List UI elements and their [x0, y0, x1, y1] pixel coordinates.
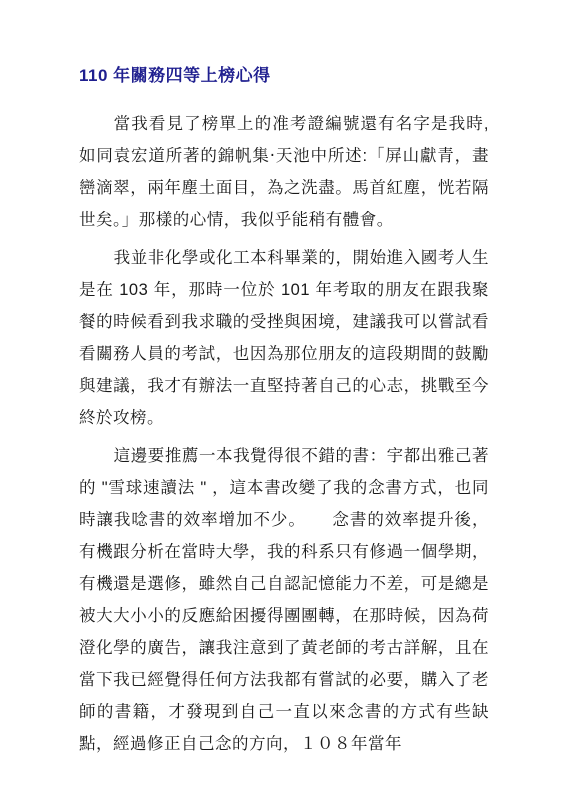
- paragraph-3: 這邊要推薦一本我覺得很不錯的書：宇都出雅己著的 "雪球速讀法 " ，這本書改變了…: [79, 440, 489, 760]
- document-title: 110 年關務四等上榜心得: [79, 64, 489, 88]
- document-page: 110 年關務四等上榜心得 當我看見了榜單上的准考證編號還有名字是我時, 如同袁…: [0, 0, 565, 800]
- paragraph-2: 我並非化學或化工本科畢業的，開始進入國考人生是在 103 年，那時一位於 101…: [79, 242, 489, 434]
- paragraph-1: 當我看見了榜單上的准考證編號還有名字是我時, 如同袁宏道所著的錦帆集‧天池中所述…: [79, 108, 489, 236]
